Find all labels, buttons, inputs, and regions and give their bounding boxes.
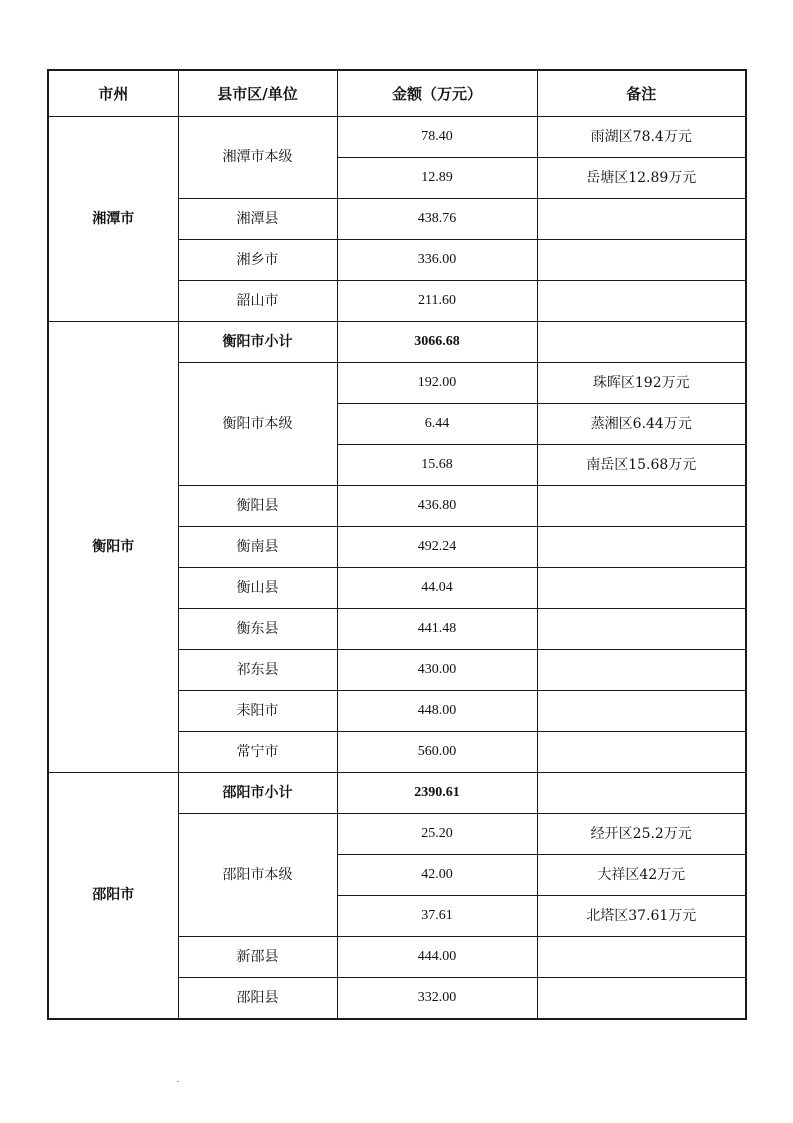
city-cell: 邵阳市: [48, 773, 178, 1020]
subtotal-amount: 3066.68: [337, 322, 537, 363]
amount-cell: 211.60: [337, 281, 537, 322]
note-cell: 经开区25.2万元: [537, 814, 746, 855]
amount-cell: 436.80: [337, 486, 537, 527]
unit-cell: 常宁市: [178, 732, 337, 773]
unit-cell: 韶山市: [178, 281, 337, 322]
note-cell: [537, 568, 746, 609]
note-cell: 大祥区42万元: [537, 855, 746, 896]
unit-cell: 邵阳市本级: [178, 814, 337, 937]
subtotal-label: 衡阳市小计: [178, 322, 337, 363]
amount-cell: 448.00: [337, 691, 537, 732]
subtotal-row: 邵阳市 邵阳市小计 2390.61: [48, 773, 746, 814]
note-cell: 北塔区37.61万元: [537, 896, 746, 937]
unit-cell: 祁东县: [178, 650, 337, 691]
unit-cell: 衡阳市本级: [178, 363, 337, 486]
amount-cell: 37.61: [337, 896, 537, 937]
note-cell: 南岳区15.68万元: [537, 445, 746, 486]
amount-cell: 560.00: [337, 732, 537, 773]
header-amount: 金额（万元）: [337, 70, 537, 117]
unit-cell: 耒阳市: [178, 691, 337, 732]
unit-cell: 衡山县: [178, 568, 337, 609]
note-cell: [537, 978, 746, 1020]
amount-cell: 12.89: [337, 158, 537, 199]
note-cell: [537, 281, 746, 322]
header-row: 市州 县市区/单位 金额（万元） 备注: [48, 70, 746, 117]
note-cell: [537, 732, 746, 773]
note-cell: [537, 240, 746, 281]
amount-cell: 42.00: [337, 855, 537, 896]
amount-cell: 336.00: [337, 240, 537, 281]
unit-cell: 湘乡市: [178, 240, 337, 281]
amount-cell: 438.76: [337, 199, 537, 240]
amount-cell: 430.00: [337, 650, 537, 691]
table-row: 湘潭市 湘潭市本级 78.40 雨湖区78.4万元: [48, 117, 746, 158]
amount-cell: 15.68: [337, 445, 537, 486]
note-cell: [537, 199, 746, 240]
unit-cell: 衡阳县: [178, 486, 337, 527]
note-cell: [537, 937, 746, 978]
note-cell: [537, 486, 746, 527]
city-cell: 衡阳市: [48, 322, 178, 773]
note-cell: 珠晖区192万元: [537, 363, 746, 404]
amount-cell: 441.48: [337, 609, 537, 650]
amount-cell: 25.20: [337, 814, 537, 855]
note-cell: [537, 650, 746, 691]
amount-cell: 444.00: [337, 937, 537, 978]
amount-cell: 332.00: [337, 978, 537, 1020]
unit-cell: 湘潭县: [178, 199, 337, 240]
subtotal-row: 衡阳市 衡阳市小计 3066.68: [48, 322, 746, 363]
note-cell: [537, 527, 746, 568]
unit-cell: 衡东县: [178, 609, 337, 650]
city-cell: 湘潭市: [48, 117, 178, 322]
subtotal-amount: 2390.61: [337, 773, 537, 814]
unit-cell: 衡南县: [178, 527, 337, 568]
note-cell: [537, 609, 746, 650]
amount-cell: 6.44: [337, 404, 537, 445]
subtotal-label: 邵阳市小计: [178, 773, 337, 814]
amount-cell: 492.24: [337, 527, 537, 568]
scan-speck: [177, 1081, 179, 1082]
unit-cell: 邵阳县: [178, 978, 337, 1020]
allocation-table: 市州 县市区/单位 金额（万元） 备注 湘潭市 湘潭市本级 78.40 雨湖区7…: [47, 69, 747, 1020]
note-cell: 雨湖区78.4万元: [537, 117, 746, 158]
note-cell: [537, 691, 746, 732]
note-cell: 岳塘区12.89万元: [537, 158, 746, 199]
header-unit: 县市区/单位: [178, 70, 337, 117]
amount-cell: 78.40: [337, 117, 537, 158]
note-cell: [537, 773, 746, 814]
note-cell: [537, 322, 746, 363]
header-city: 市州: [48, 70, 178, 117]
amount-cell: 44.04: [337, 568, 537, 609]
header-note: 备注: [537, 70, 746, 117]
unit-cell: 湘潭市本级: [178, 117, 337, 199]
amount-cell: 192.00: [337, 363, 537, 404]
note-cell: 蒸湘区6.44万元: [537, 404, 746, 445]
unit-cell: 新邵县: [178, 937, 337, 978]
